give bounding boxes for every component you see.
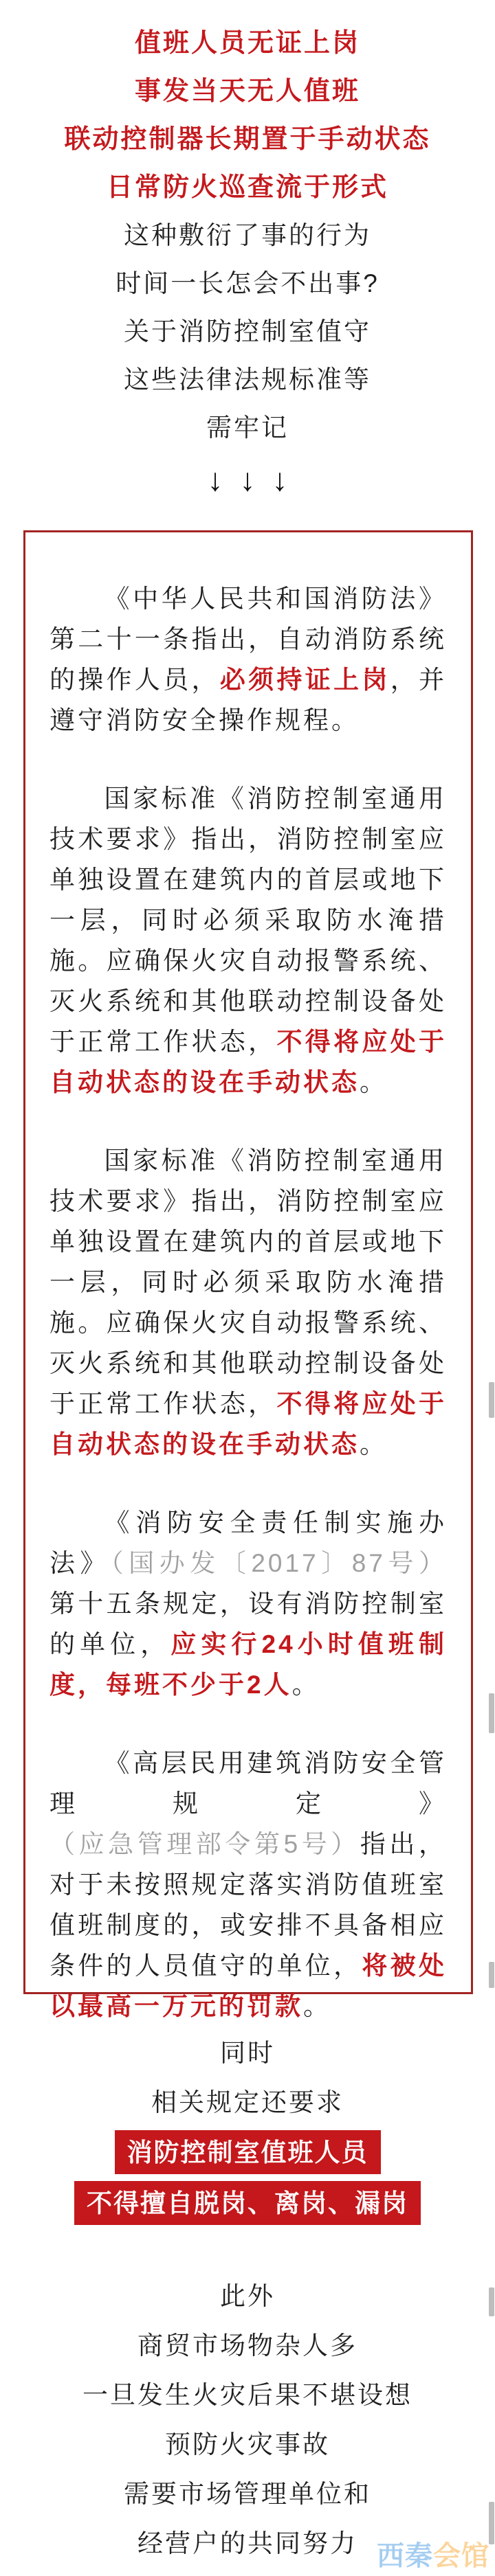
headline-red: 值班人员无证上岗 — [0, 19, 495, 67]
law-text-segment-normal: 《高层民用建筑消防安全管理规定》 — [49, 1749, 447, 1818]
law-text-segment-normal: 。 — [292, 1671, 320, 1699]
headline-black: 这种敷衍了事的行为 — [0, 212, 495, 260]
red-banner-row: 消防控制室值班人员 — [0, 2130, 495, 2174]
tail-line: 需要市场管理单位和 — [0, 2470, 495, 2519]
scrollbar-thumb[interactable] — [489, 2287, 494, 2316]
tail-line: 此外 — [0, 2272, 495, 2321]
scrollbar-thumb[interactable] — [489, 1382, 494, 1418]
law-text-segment-normal: 国家标准《消防控制室通用技术要求》指出，消防控制室应单独设置在建筑内的首层或地下… — [49, 784, 447, 1056]
spacer — [0, 1994, 495, 2029]
law-paragraph: 《中华人民共和国消防法》第二十一条指出，自动消防系统的操作人员，必须持证上岗，并… — [49, 578, 447, 741]
watermark-part-orange: 会馆 — [433, 2541, 489, 2571]
down-arrows-icon: ↓↓↓ — [0, 452, 495, 507]
law-paragraph: 《高层民用建筑消防安全管理规定》（应急管理部令第5号）指出，对于未按照规定落实消… — [49, 1743, 447, 2026]
headline-black: 时间一长怎会不出事? — [0, 260, 495, 308]
tail-line: 同时 — [0, 2029, 495, 2078]
watermark-part-blue: 西秦 — [377, 2541, 433, 2571]
law-text-segment-gray: （应急管理部令第5号） — [49, 1830, 360, 1858]
law-quote-box: 《中华人民共和国消防法》第二十一条指出，自动消防系统的操作人员，必须持证上岗，并… — [23, 530, 473, 1994]
headline-red: 日常防火巡查流于形式 — [0, 163, 495, 212]
headline-black: 关于消防控制室值守 — [0, 308, 495, 356]
law-paragraph: 《消防安全责任制实施办法》（国办发〔2017〕87号）第十五条规定，设有消防控制… — [49, 1502, 447, 1705]
red-banner-row: 不得擅自脱岗、离岗、漏岗 — [0, 2181, 495, 2225]
headline-red: 事发当天无人值班 — [0, 67, 495, 115]
headline-red: 联动控制器长期置于手动状态 — [0, 115, 495, 163]
intro-headlines: 值班人员无证上岗 事发当天无人值班 联动控制器长期置于手动状态 日常防火巡查流于… — [0, 0, 495, 507]
scrollbar-thumb[interactable] — [489, 2502, 494, 2544]
law-text-segment-normal: 国家标准《消防控制室通用技术要求》指出，消防控制室应单独设置在建筑内的首层或地下… — [49, 1146, 447, 1418]
tail-line: 商贸市场物杂人多 — [0, 2321, 495, 2371]
watermark: 西秦会馆 — [377, 2534, 489, 2573]
headline-black: 这些法律法规标准等 — [0, 356, 495, 404]
law-text-segment-normal: 。 — [360, 1068, 388, 1096]
article-page: 值班人员无证上岗 事发当天无人值班 联动控制器长期置于手动状态 日常防火巡查流于… — [0, 0, 495, 2576]
red-banner: 不得擅自脱岗、离岗、漏岗 — [74, 2181, 421, 2225]
scrollbar-thumb[interactable] — [489, 1693, 494, 1733]
spacer — [0, 2225, 495, 2272]
law-text-segment-red: 必须持证上岗 — [220, 666, 390, 694]
tail-line: 相关规定还要求 — [0, 2078, 495, 2127]
red-banner: 消防控制室值班人员 — [115, 2130, 381, 2174]
law-paragraph: 国家标准《消防控制室通用技术要求》指出，消防控制室应单独设置在建筑内的首层或地下… — [49, 1140, 447, 1465]
law-text-segment-normal: 。 — [360, 1430, 388, 1458]
scrollbar-thumb[interactable] — [489, 1962, 494, 1988]
tail-line: 预防火灾事故 — [0, 2420, 495, 2470]
law-paragraph: 国家标准《消防控制室通用技术要求》指出，消防控制室应单独设置在建筑内的首层或地下… — [49, 778, 447, 1103]
headline-black: 需牢记 — [0, 404, 495, 452]
tail-section: 同时 相关规定还要求 消防控制室值班人员 不得擅自脱岗、离岗、漏岗 此外 商贸市… — [0, 1994, 495, 2568]
tail-line: 一旦发生火灾后果不堪设想 — [0, 2371, 495, 2420]
law-text-segment-gray: （国办发〔2017〕87号） — [111, 1549, 447, 1577]
